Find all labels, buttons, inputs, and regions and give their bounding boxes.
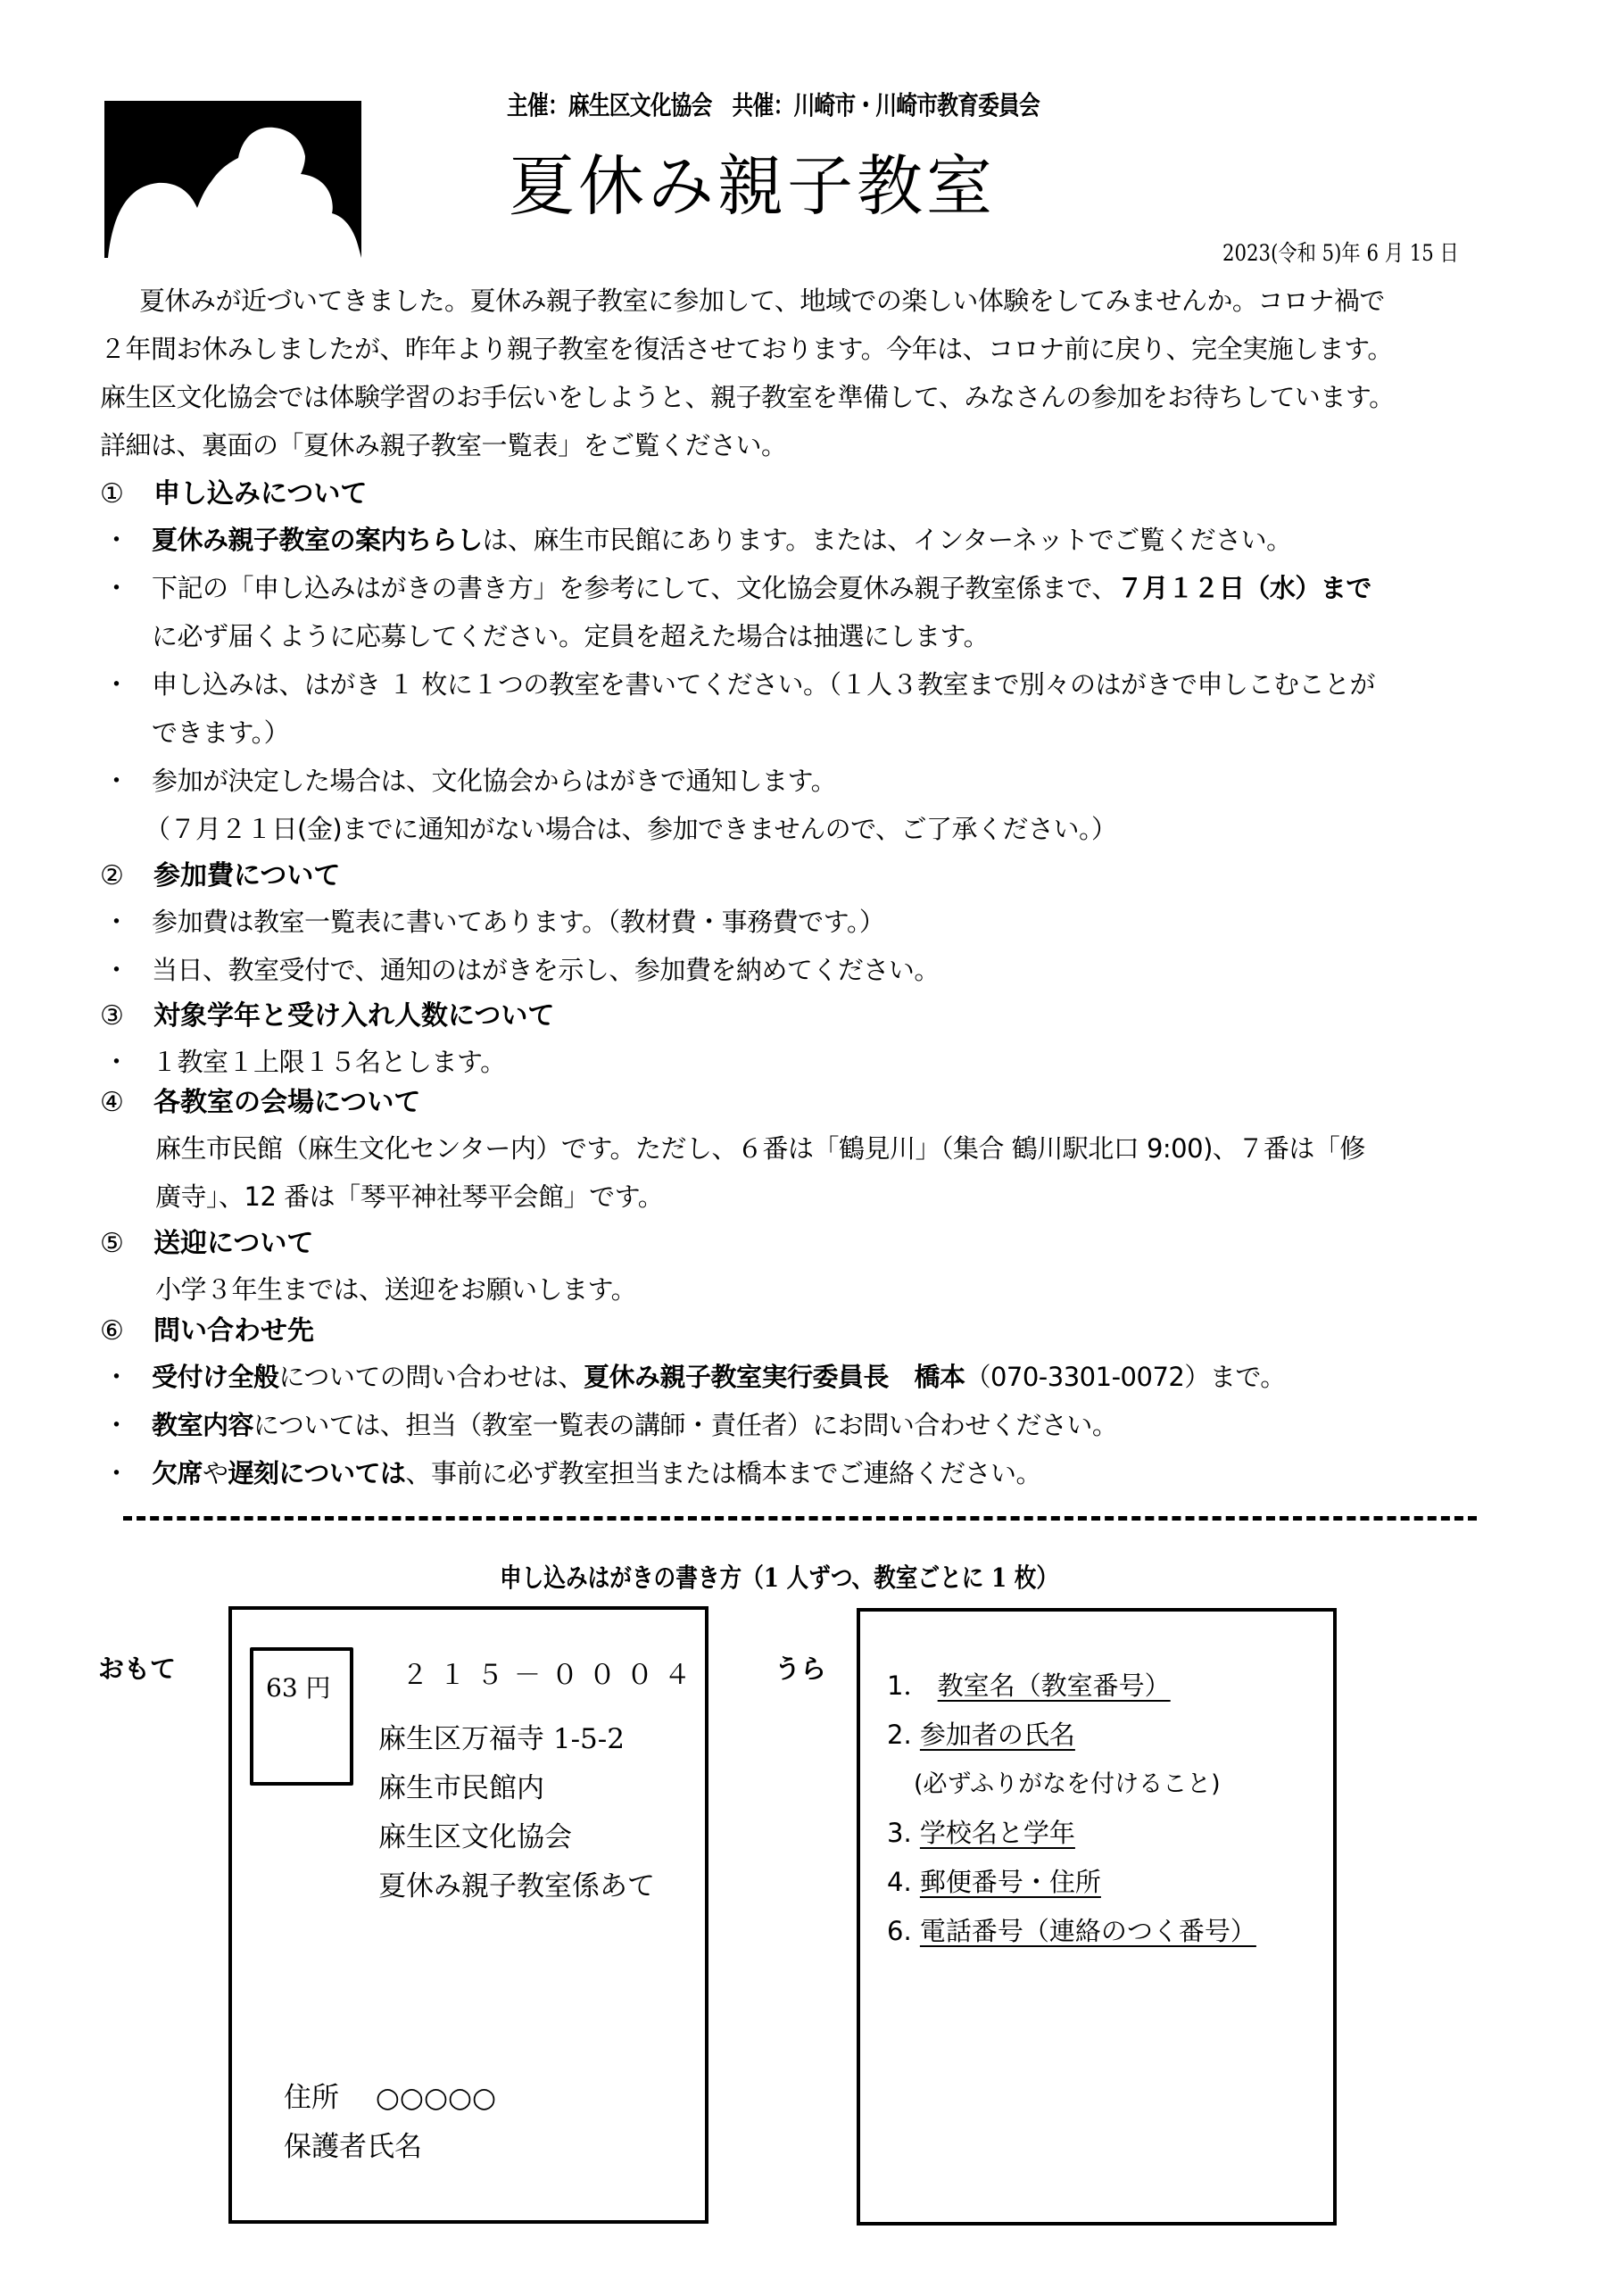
stamp-box: 63 円 xyxy=(250,1647,353,1786)
bullet-item: ・欠席や遅刻については、事前に必ず教室担当または橋本までご連絡ください。 xyxy=(100,1449,1286,1497)
contact-person: 夏休み親子教室実行委員長 橋本 xyxy=(584,1362,965,1392)
section-capacity: ③対象学年と受け入れ人数について ・１教室１上限１５名とします。 xyxy=(100,995,554,1086)
intro-line: 詳細は、裏面の「夏休み親子教室一覧表」をご覧ください。 xyxy=(100,421,1395,469)
bullet-icon: ・ xyxy=(100,1401,152,1449)
postal-code: ２１５－０００４ xyxy=(402,1653,701,1692)
bullet-icon: ・ xyxy=(100,516,152,564)
intro-line: 麻生区文化協会では体験学習のお手伝いをしようと、親子教室を準備して、みなさんの参… xyxy=(100,373,1395,421)
intro-line: 夏休みが近づいてきました。夏休み親子教室に参加して、地域での楽しい体験をしてみま… xyxy=(100,277,1395,325)
section-heading: ②参加費について xyxy=(100,855,940,898)
section-venue: ④各教室の会場について 麻生市民館（麻生文化センター内）です。ただし、６番は「鶴… xyxy=(100,1082,1365,1221)
bullet-item: ・当日、教室受付で、通知のはがきを示し、参加費を納めてください。 xyxy=(100,946,940,994)
bullet-item: ・参加が決定した場合は、文化協会からはがきで通知します。 xyxy=(100,757,1375,805)
list-item: 6. 電話番号（連絡のつく番号） xyxy=(887,1907,1256,1956)
deadline: ７月１２日（水）まで xyxy=(1117,573,1371,603)
venue-line: 廣寺」、12 番は「琴平神社琴平会館」です。 xyxy=(100,1173,1365,1221)
bullet-icon: ・ xyxy=(100,1353,152,1401)
section-heading: ③対象学年と受け入れ人数について xyxy=(100,995,554,1038)
sender-info: 住所 ○○○○○ 保護者氏名 xyxy=(284,2074,496,2172)
bullet-item: ・受付け全般についての問い合わせは、夏休み親子教室実行委員長 橋本（070-33… xyxy=(100,1353,1286,1401)
cut-line-divider xyxy=(123,1516,1477,1521)
recipient-address: 麻生区万福寺 1-5-2 麻生市民館内 麻生区文化協会 夏休み親子教室係あて xyxy=(378,1715,655,1911)
venue-line: 麻生市民館（麻生文化センター内）です。ただし、６番は「鶴見川」（集合 鶴川駅北口… xyxy=(100,1124,1365,1173)
bullet-icon: ・ xyxy=(100,898,152,946)
back-items-list: 1． 教室名（教室番号） 2. 参加者の氏名 (必ずふりがなを付けること) 3.… xyxy=(887,1662,1256,1956)
organizers: 主催：麻生区文化協会 共催：川崎市・川崎市教育委員会 xyxy=(507,86,1040,122)
section-heading: ⑥問い合わせ先 xyxy=(100,1310,1286,1353)
sender-address: 住所 ○○○○○ xyxy=(284,2074,496,2123)
postcard-guide-title: 申し込みはがきの書き方（1 人ずつ、教室ごとに 1 枚） xyxy=(500,1558,1058,1595)
bullet-continuation: に必ず届くように応募してください。定員を超えた場合は抽選にします。 xyxy=(100,612,1375,660)
cloud-logo xyxy=(104,101,361,258)
section-heading: ④各教室の会場について xyxy=(100,1082,1365,1124)
bullet-icon: ・ xyxy=(100,757,152,805)
section-contact: ⑥問い合わせ先 ・受付け全般についての問い合わせは、夏休み親子教室実行委員長 橋… xyxy=(100,1310,1286,1497)
intro-line: ２年間お休みしましたが、昨年より親子教室を復活させております。今年は、コロナ前に… xyxy=(100,325,1395,373)
list-item: 1． 教室名（教室番号） xyxy=(887,1662,1256,1711)
section-number: ① xyxy=(100,473,153,516)
bullet-item: ・１教室１上限１５名とします。 xyxy=(100,1038,554,1086)
postcard-back: 1． 教室名（教室番号） 2. 参加者の氏名 (必ずふりがなを付けること) 3.… xyxy=(857,1608,1337,2226)
front-label: おもて xyxy=(98,1649,176,1686)
list-note: (必ずふりがなを付けること) xyxy=(887,1760,1256,1809)
bullet-icon: ・ xyxy=(100,946,152,994)
contact-phone: （070-3301-0072）まで。 xyxy=(965,1362,1285,1392)
stamp-value: 63 円 xyxy=(266,1669,331,1704)
bullet-icon: ・ xyxy=(100,1038,152,1086)
page-title: 夏休み親子教室 xyxy=(509,134,996,228)
postcard-front: 63 円 ２１５－０００４ 麻生区万福寺 1-5-2 麻生市民館内 麻生区文化協… xyxy=(228,1606,708,2224)
section-number: ⑥ xyxy=(100,1310,153,1353)
bullet-continuation: （７月２１日(金)までに通知がない場合は、参加できませんので、ご了承ください。） xyxy=(100,805,1375,853)
section-number: ⑤ xyxy=(100,1223,153,1265)
intro-paragraph: 夏休みが近づいてきました。夏休み親子教室に参加して、地域での楽しい体験をしてみま… xyxy=(100,277,1395,469)
section-heading: ⑤送迎について xyxy=(100,1223,636,1265)
pickup-line: 小学３年生までは、送迎をお願いします。 xyxy=(100,1265,636,1314)
cloud-silhouette-icon xyxy=(104,101,361,258)
bullet-item: ・夏休み親子教室の案内ちらしは、麻生市民館にあります。または、インターネットでご… xyxy=(100,516,1375,564)
bullet-item: ・参加費は教室一覧表に書いてあります。（教材費・事務費です。） xyxy=(100,898,940,946)
section-number: ③ xyxy=(100,995,153,1038)
section-pickup: ⑤送迎について 小学３年生までは、送迎をお願いします。 xyxy=(100,1223,636,1314)
bullet-item: ・申し込みは、はがき １ 枚に１つの教室を書いてください。（１人３教室まで別々の… xyxy=(100,660,1375,709)
issue-date: 2023(令和 5)年 6 月 15 日 xyxy=(1222,236,1459,268)
section-heading: ①申し込みについて xyxy=(100,473,1375,516)
list-item: 4. 郵便番号・住所 xyxy=(887,1858,1256,1907)
bullet-item: ・下記の「申し込みはがきの書き方」を参考にして、文化協会夏休み親子教室係まで、７… xyxy=(100,564,1375,612)
section-number: ② xyxy=(100,855,153,898)
guardian-name: 保護者氏名 xyxy=(284,2123,496,2172)
bullet-item: ・教室内容については、担当（教室一覧表の講師・責任者）にお問い合わせください。 xyxy=(100,1401,1286,1449)
back-label: うら xyxy=(775,1649,826,1686)
section-application: ①申し込みについて ・夏休み親子教室の案内ちらしは、麻生市民館にあります。または… xyxy=(100,473,1375,853)
bullet-icon: ・ xyxy=(100,660,152,709)
section-number: ④ xyxy=(100,1082,153,1124)
list-item: 2. 参加者の氏名 xyxy=(887,1711,1256,1760)
list-item: 3. 学校名と学年 xyxy=(887,1809,1256,1858)
bullet-continuation: できます。） xyxy=(100,709,1375,757)
bullet-icon: ・ xyxy=(100,1449,152,1497)
bullet-icon: ・ xyxy=(100,564,152,612)
section-fee: ②参加費について ・参加費は教室一覧表に書いてあります。（教材費・事務費です。）… xyxy=(100,855,940,994)
